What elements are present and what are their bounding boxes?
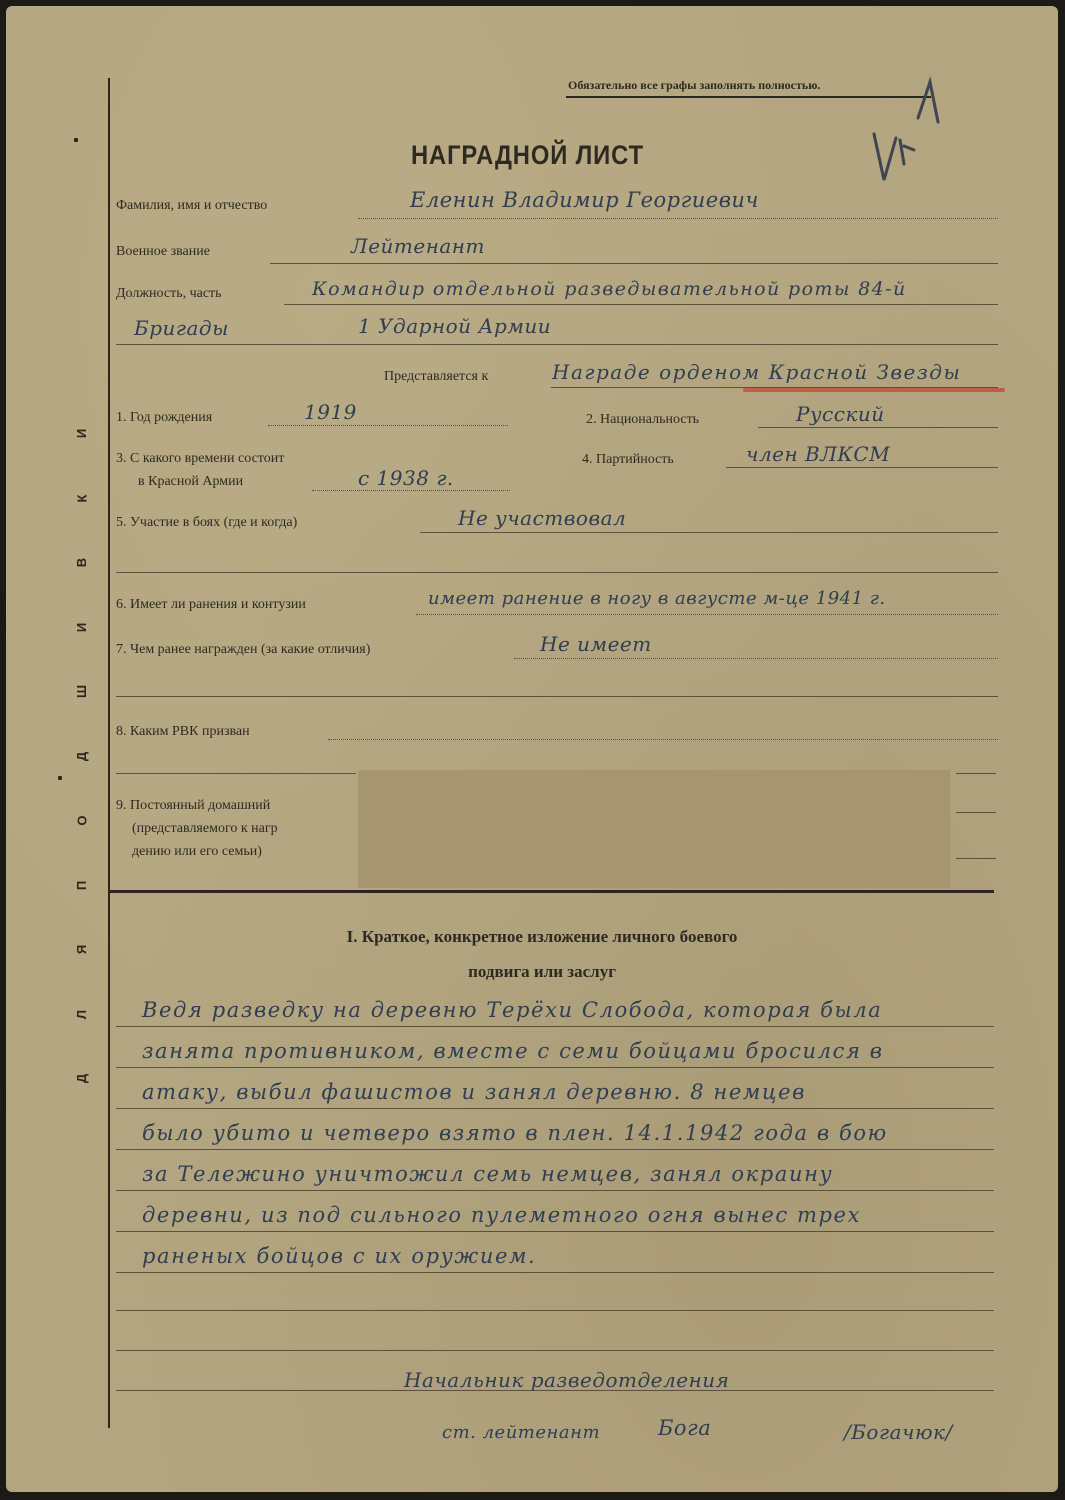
- rvk-rule: [328, 739, 998, 740]
- position-rule-2: [116, 344, 998, 345]
- binding-label: ДЛЯПОДШИВКИ: [70, 426, 94, 1086]
- award-sheet: ДЛЯПОДШИВКИ Обязательно все графы заполн…: [6, 6, 1058, 1492]
- battles-rule-2: [116, 572, 998, 573]
- page-title: НАГРАДНОЙ ЛИСТ: [411, 140, 644, 171]
- army-since-value: с 1938 г.: [358, 466, 454, 490]
- position-label: Должность, часть: [116, 286, 222, 302]
- narrative-rule: [116, 1190, 994, 1191]
- punch-dot: [58, 776, 62, 780]
- battles-label: 5. Участие в боях (где и когда): [116, 515, 297, 531]
- address-label-1: 9. Постоянный домашний: [116, 798, 270, 814]
- party-value: член ВЛКСМ: [746, 442, 890, 466]
- birth-year-value: 1919: [304, 400, 357, 424]
- prior-awards-rule: [514, 658, 998, 659]
- battles-rule: [420, 532, 998, 533]
- binding-letter: И: [75, 429, 90, 438]
- nationality-value: Русский: [796, 402, 885, 426]
- binding-letter: П: [75, 880, 90, 889]
- punch-dot: [74, 138, 78, 142]
- wounds-rule: [416, 614, 998, 615]
- rvk-label: 8. Каким РВК призван: [116, 724, 250, 740]
- rule-stub: [956, 773, 996, 774]
- narrative-rule: [116, 1108, 994, 1109]
- signer-title: Начальник разведотделения: [404, 1368, 729, 1392]
- wounds-label: 6. Имеет ли ранения и контузии: [116, 597, 306, 613]
- section1-heading-1: I. Краткое, конкретное изложение личного…: [192, 927, 892, 947]
- army-since-rule: [312, 490, 510, 491]
- address-label-3: дению или его семьи): [132, 844, 262, 860]
- binding-letter: О: [75, 815, 90, 825]
- prior-awards-label: 7. Чем ранее награжден (за какие отличия…: [116, 642, 370, 658]
- blank-rule: [116, 1350, 994, 1351]
- binding-letter: И: [75, 622, 90, 631]
- nominated-value: Награде орденом Красной Звезды: [552, 360, 961, 384]
- section1-heading-2: подвига или заслуг: [192, 962, 892, 982]
- army-since-label-1: 3. С какого времени состоит: [116, 451, 284, 467]
- position-value-2b: 1 Ударной Армии: [358, 314, 551, 338]
- narrative-line: занята противником, вместе с семи бойцам…: [142, 1039, 884, 1063]
- wounds-value: имеет ранение в ногу в августе м-це 1941…: [428, 588, 886, 609]
- binding-letter: Л: [75, 1009, 90, 1018]
- redacted-area: [358, 770, 950, 888]
- narrative-line: деревни, из под сильного пулеметного огн…: [142, 1203, 861, 1227]
- binding-letter: Д: [74, 751, 89, 760]
- rank-label: Военное звание: [116, 244, 210, 260]
- signature-mark: Бога: [658, 1416, 711, 1440]
- blank-rule: [116, 1310, 994, 1311]
- narrative-line: за Тележино уничтожил семь немцев, занял…: [142, 1162, 833, 1186]
- section-divider: [110, 890, 994, 893]
- rvk-rule-2: [116, 773, 356, 774]
- position-value-1: Командир отдельной разведывательной роты…: [312, 278, 907, 300]
- prior-awards-value: Не имеет: [540, 632, 652, 656]
- red-pencil-underline: [743, 388, 1005, 392]
- binding-letter: Ш: [74, 685, 89, 698]
- binding-letter: К: [75, 494, 90, 502]
- rule-stub: [956, 858, 996, 859]
- narrative-line: Ведя разведку на деревню Терёхи Слобода,…: [142, 998, 882, 1022]
- name-value: Еленин Владимир Георгиевич: [410, 188, 759, 212]
- binding-letter: Д: [74, 1074, 89, 1083]
- birth-year-label: 1. Год рождения: [116, 410, 212, 426]
- nationality-label: 2. Национальность: [586, 412, 699, 428]
- name-label: Фамилия, имя и отчество: [116, 198, 267, 214]
- pencil-checkmark-icon: [866, 76, 956, 196]
- nominated-label: Представляется к: [384, 369, 488, 385]
- narrative-rule: [116, 1067, 994, 1068]
- rule-stub: [956, 812, 996, 813]
- position-rule-1: [284, 304, 998, 305]
- binding-letter: В: [74, 558, 89, 567]
- address-label-2: (представляемого к нагр: [132, 821, 278, 837]
- signer-rank: ст. лейтенант: [442, 1422, 600, 1443]
- narrative-rule: [116, 1026, 994, 1027]
- prior-awards-rule-2: [116, 696, 998, 697]
- narrative-rule: [116, 1231, 994, 1232]
- signer-name: /Богачюк/: [844, 1420, 953, 1444]
- narrative-line: раненых бойцов с их оружием.: [142, 1244, 536, 1268]
- birth-year-rule: [268, 425, 508, 426]
- left-margin-line: [108, 78, 110, 1428]
- battles-value: Не участвовал: [458, 506, 626, 530]
- narrative-rule: [116, 1272, 994, 1273]
- narrative-line: было убито и четверо взято в плен. 14.1.…: [142, 1121, 888, 1145]
- position-value-2a: Бригады: [134, 316, 229, 340]
- header-notice: Обязательно все графы заполнять полность…: [568, 78, 820, 93]
- nationality-rule: [758, 427, 998, 428]
- name-rule: [358, 218, 998, 219]
- party-label: 4. Партийность: [582, 452, 674, 468]
- army-since-label-2: в Красной Армии: [138, 474, 243, 490]
- narrative-rule: [116, 1149, 994, 1150]
- rank-rule: [270, 263, 998, 264]
- narrative-line: атаку, выбил фашистов и занял деревню. 8…: [142, 1080, 806, 1104]
- rank-value: Лейтенант: [351, 234, 485, 258]
- party-rule: [726, 467, 998, 468]
- binding-letter: Я: [75, 945, 90, 954]
